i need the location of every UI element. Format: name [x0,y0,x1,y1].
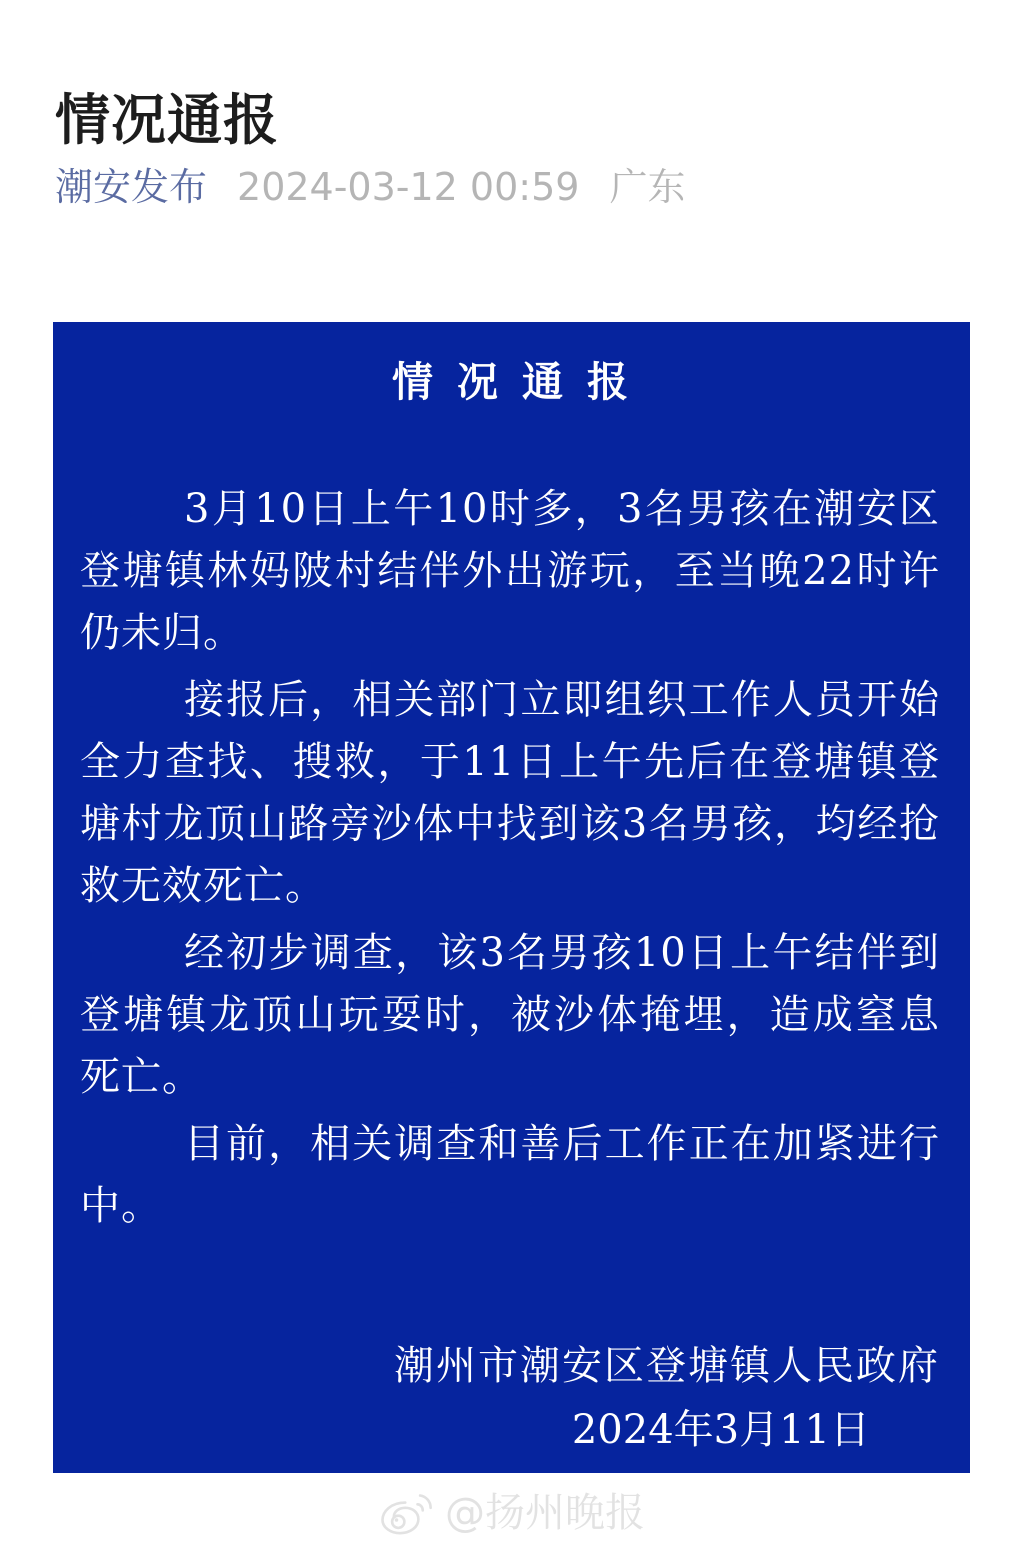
byline-source-link[interactable]: 潮安发布 [55,165,207,209]
notice-paragraph: 目前，相关调查和善后工作正在加紧进行中。 [80,1113,940,1237]
notice-paragraph: 3月10日上午10时多，3名男孩在潮安区登塘镇林妈陂村结伴外出游玩，至当晚22时… [80,478,940,664]
official-notice-image[interactable]: 情况通报 3月10日上午10时多，3名男孩在潮安区登塘镇林妈陂村结伴外出游玩，至… [53,322,970,1473]
page-title: 情况通报 [55,87,279,153]
byline-timestamp: 2024-03-12 00:59 [237,165,579,209]
watermark: @扬州晚报 [0,1490,1024,1536]
byline: 潮安发布2024-03-12 00:59广东 [55,163,685,211]
notice-paragraph: 经初步调查，该3名男孩10日上午结伴到登塘镇龙顶山玩耍时，被沙体掩埋，造成窒息死… [80,922,940,1108]
notice-signature: 潮州市潮安区登塘镇人民政府 [80,1341,940,1391]
notice-date: 2024年3月11日 [80,1405,940,1455]
notice-body: 3月10日上午10时多，3名男孩在潮安区登塘镇林妈陂村结伴外出游玩，至当晚22时… [80,478,940,1237]
notice-paragraph: 接报后，相关部门立即组织工作人员开始全力查找、搜救，于11日上午先后在登塘镇登塘… [80,669,940,917]
notice-signoff: 潮州市潮安区登塘镇人民政府 2024年3月11日 [80,1341,940,1455]
byline-location: 广东 [609,165,685,209]
weibo-icon [379,1490,435,1536]
notice-heading: 情况通报 [80,358,940,406]
watermark-text: @扬州晚报 [445,1490,645,1536]
